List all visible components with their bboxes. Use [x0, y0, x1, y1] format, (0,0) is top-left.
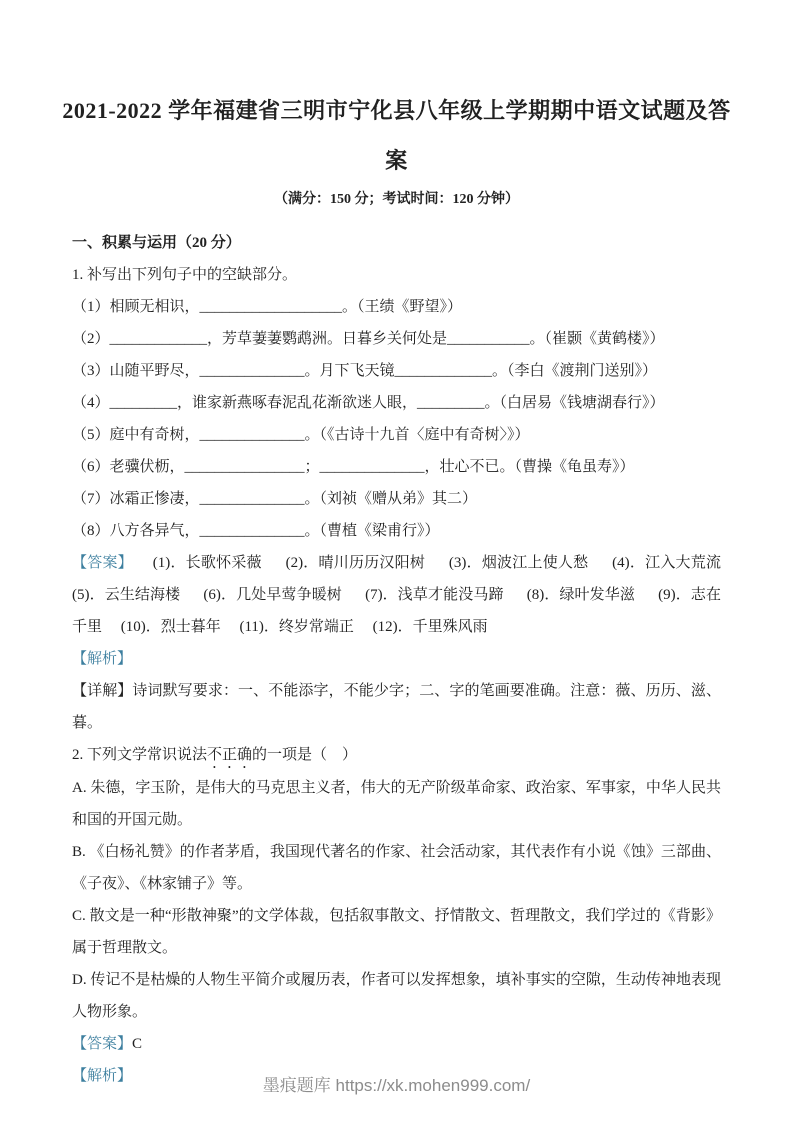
fill-blank-item-3: （3）山随平野尽，______________。月下飞天镜___________… [72, 355, 721, 387]
exam-document-page: 2021-2022 学年福建省三明市宁化县八年级上学期期中语文试题及答案 （满分… [0, 0, 793, 1122]
question-2-option-b: B. 《白杨礼赞》的作者茅盾，我国现代著名的作家、社会活动家，其代表作有小说《蚀… [72, 836, 721, 900]
watermark-link[interactable]: 墨痕题库 https://xk.mohen999.com/ [263, 1076, 530, 1095]
section-1-heading: 一、积累与运用（20 分） [72, 227, 721, 259]
question-1-detail-block: 【详解】诗词默写要求：一、不能添字，不能少字；二、字的笔画要准确。注意：薇、历历… [72, 675, 721, 739]
fill-blank-item-5: （5）庭中有奇树，______________。（《古诗十九首〈庭中有奇树〉》） [72, 419, 721, 451]
site-watermark-footer: 墨痕题库 https://xk.mohen999.com/ [0, 1071, 793, 1096]
question-2-option-a: A. 朱德，字玉阶，是伟大的马克思主义者，伟大的无产阶级革命家、政治家、军事家，… [72, 772, 721, 836]
question-1-answer-block: 【答案】 (1)．长歌怀采薇 (2)．晴川历历汉阳树 (3)．烟波江上使人愁 (… [72, 547, 721, 643]
question-2-stem: 2. 下列文学常识说法不正确的一项是（ ） [72, 739, 721, 772]
question-2-answer-text: C [132, 1036, 142, 1052]
fill-blank-item-2: （2）_____________，芳草萋萋鹦鹉洲。日暮乡关何处是________… [72, 323, 721, 355]
fill-blank-item-8: （8）八方各异气，______________。（曹植《梁甫行》） [72, 515, 721, 547]
question-2-stem-prefix: 2. 下列文学常识说法 [72, 747, 207, 763]
question-2-stem-emphasized: 不正确 [207, 747, 252, 763]
question-2-option-d: D. 传记不是枯燥的人物生平简介或履历表，作者可以发挥想象，填补事实的空隙，生动… [72, 964, 721, 1028]
fill-blank-item-7: （7）冰霜正惨凄，______________。（刘祯《赠从弟》其二） [72, 483, 721, 515]
detail-label: 【详解】 [72, 683, 132, 699]
fill-blank-item-1: （1）相顾无相识，___________________。（王绩《野望》） [72, 291, 721, 323]
question-2-stem-suffix: 的一项是（ ） [252, 747, 357, 763]
question-1-answer-text: (1)．长歌怀采薇 (2)．晴川历历汉阳树 (3)．烟波江上使人愁 (4)．江入… [72, 555, 725, 635]
fill-blank-item-6: （6）老骥伏枥，________________；______________，… [72, 451, 721, 483]
question-1-stem: 1. 补写出下列句子中的空缺部分。 [72, 259, 721, 291]
fill-blank-item-4: （4）_________，谁家新燕啄春泥乱花渐欲迷人眼，_________。（白… [72, 387, 721, 419]
question-1-detail-text: 诗词默写要求：一、不能添字，不能少字；二、字的笔画要准确。注意：薇、历历、滋、暮… [72, 683, 721, 731]
answer-label: 【答案】 [72, 555, 133, 571]
question-2-option-c: C. 散文是一种“形散神聚”的文学体裁，包括叙事散文、抒情散文、哲理散文，我们学… [72, 900, 721, 964]
exam-score-time-info: （满分：150 分；考试时间：120 分钟） [72, 189, 721, 211]
answer-label: 【答案】 [72, 1036, 132, 1052]
question-2-answer-block: 【答案】C [72, 1028, 721, 1060]
question-1-analysis-block: 【解析】 [72, 643, 721, 675]
analysis-label: 【解析】 [72, 651, 132, 667]
page-title: 2021-2022 学年福建省三明市宁化县八年级上学期期中语文试题及答案 [58, 86, 735, 185]
